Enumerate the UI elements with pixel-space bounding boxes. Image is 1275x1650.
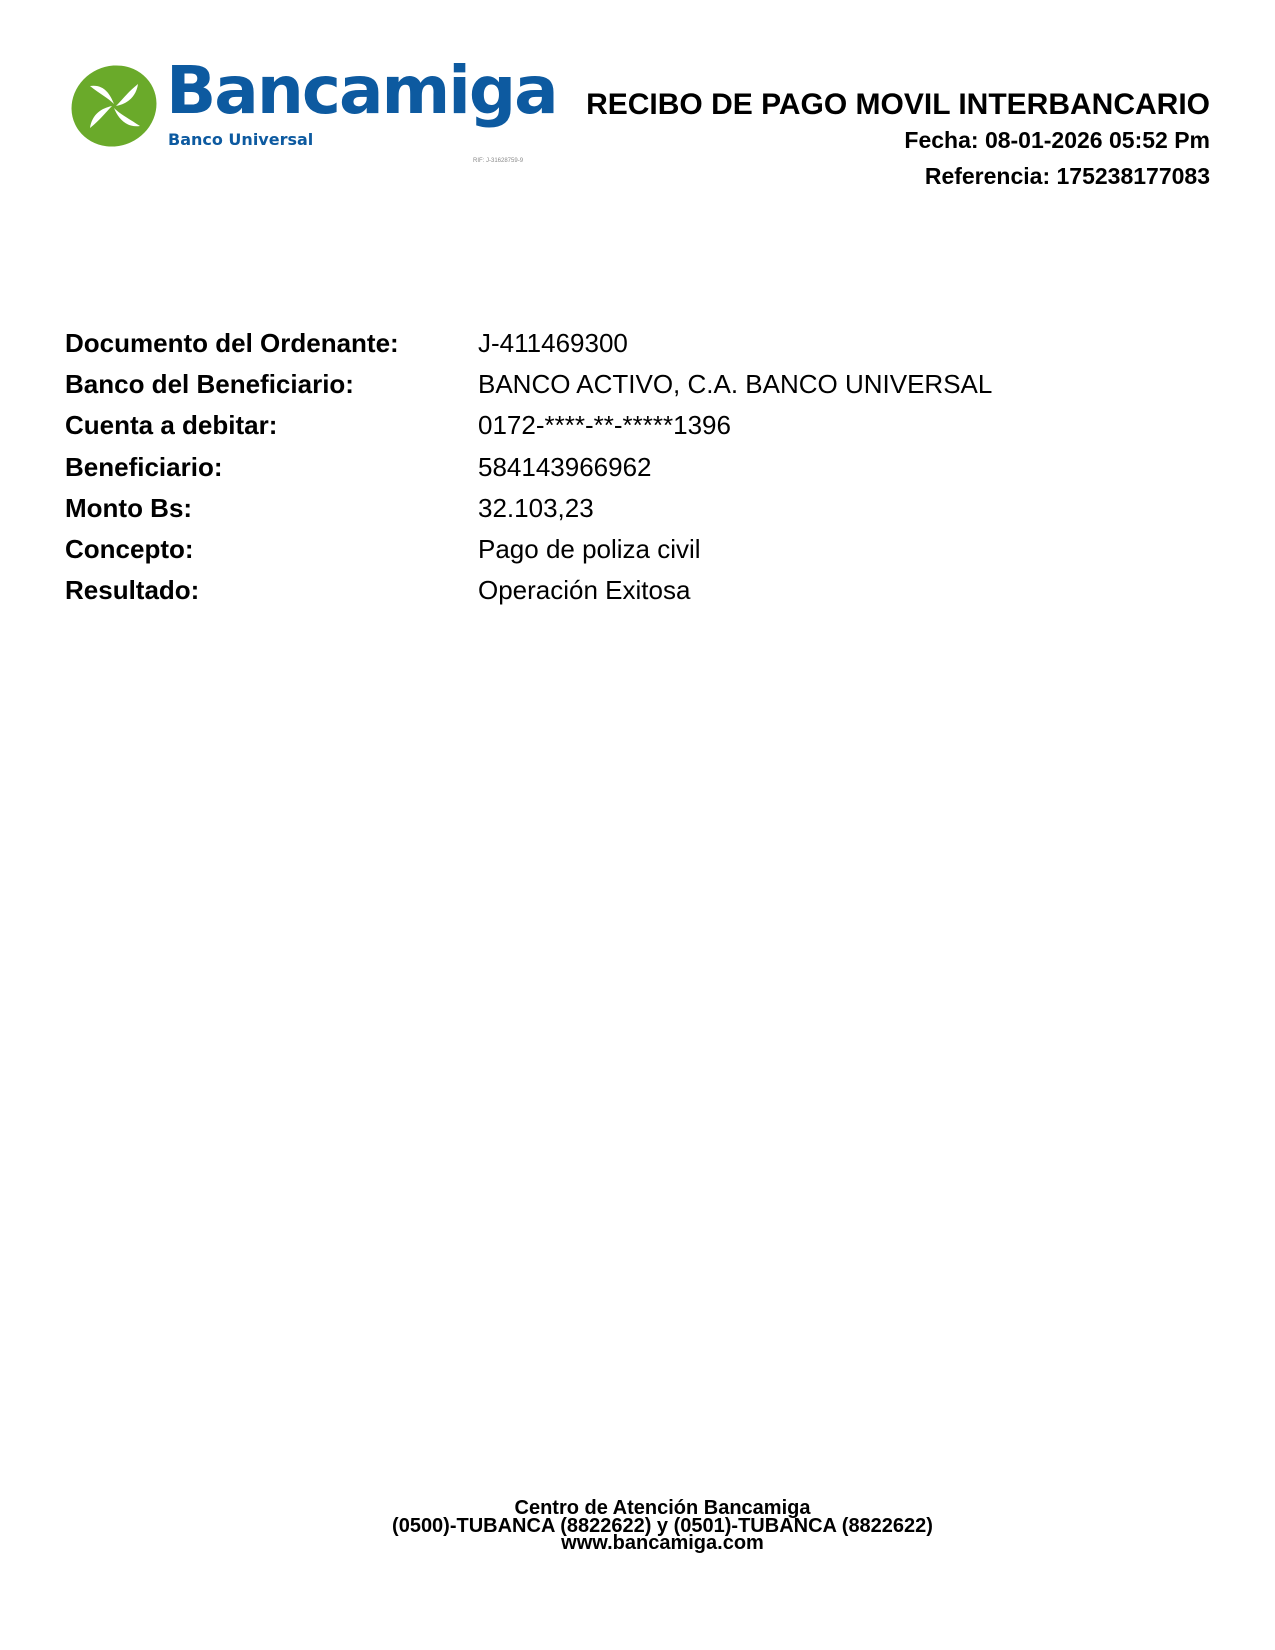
footer-website: www.bancamiga.com [0, 1535, 1275, 1553]
field-value: 32.103,23 [478, 491, 594, 525]
field-label: Monto Bs: [65, 491, 478, 525]
field-row-banco-beneficiario: Banco del Beneficiario: BANCO ACTIVO, C.… [65, 367, 992, 408]
field-value: J-411469300 [478, 326, 628, 360]
receipt-header: RECIBO DE PAGO MOVIL INTERBANCARIO Fecha… [586, 88, 1210, 194]
brand-rif: RIF: J-31628759-9 [473, 158, 523, 164]
field-label: Resultado: [65, 573, 478, 607]
footer: Centro de Atención Bancamiga (0500)-TUBA… [0, 1500, 1275, 1553]
field-label: Beneficiario: [65, 450, 478, 484]
field-row-monto: Monto Bs: 32.103,23 [65, 491, 992, 532]
field-row-documento: Documento del Ordenante: J-411469300 [65, 326, 992, 367]
brand-name: Bancamiga [166, 58, 557, 124]
field-row-concepto: Concepto: Pago de poliza civil [65, 532, 992, 573]
field-value: 0172-****-**-*****1396 [478, 408, 731, 442]
field-value: Pago de poliza civil [478, 532, 701, 566]
field-row-resultado: Resultado: Operación Exitosa [65, 573, 992, 614]
receipt-date: Fecha: 08-01-2026 05:52 Pm [586, 122, 1210, 158]
field-label: Banco del Beneficiario: [65, 367, 478, 401]
field-label: Concepto: [65, 532, 478, 566]
field-row-beneficiario: Beneficiario: 584143966962 [65, 450, 992, 491]
bancamiga-logo-icon [70, 64, 158, 148]
field-label: Documento del Ordenante: [65, 326, 478, 360]
receipt-details: Documento del Ordenante: J-411469300 Ban… [65, 326, 992, 614]
field-label: Cuenta a debitar: [65, 408, 478, 442]
field-value: 584143966962 [478, 450, 652, 484]
bank-logo: Bancamiga Banco Universal RIF: J-3162875… [68, 60, 528, 170]
receipt-title: RECIBO DE PAGO MOVIL INTERBANCARIO [586, 88, 1210, 122]
field-value: Operación Exitosa [478, 573, 690, 607]
field-row-cuenta: Cuenta a debitar: 0172-****-**-*****1396 [65, 408, 992, 449]
field-value: BANCO ACTIVO, C.A. BANCO UNIVERSAL [478, 367, 992, 401]
brand-subtitle: Banco Universal [168, 130, 313, 149]
receipt-reference: Referencia: 175238177083 [586, 158, 1210, 194]
